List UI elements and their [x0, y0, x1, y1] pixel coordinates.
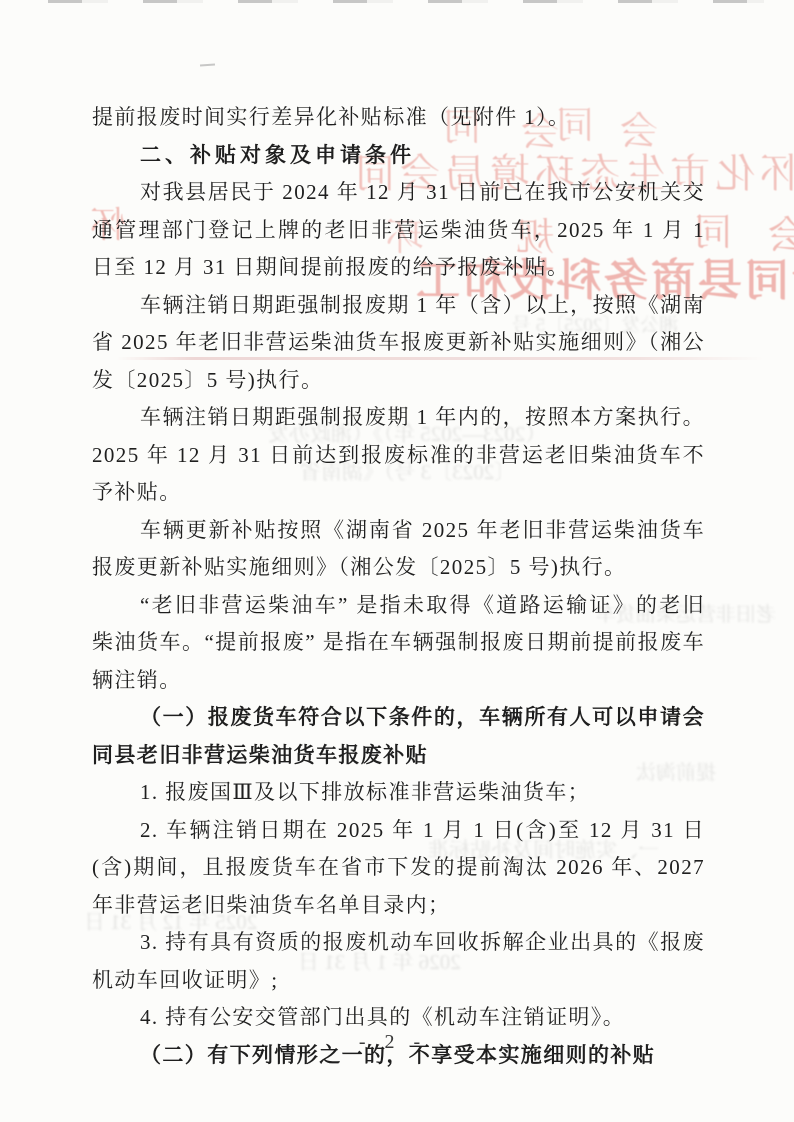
- page-number: - 2 -: [0, 1031, 786, 1054]
- paragraph: 车辆注销日期距强制报废期 1 年（含）以上，按照《湖南省 2025 年老旧非营运…: [92, 287, 705, 400]
- list-item-2: 2. 车辆注销日期在 2025 年 1 月 1 日(含)至 12 月 31 日(…: [92, 812, 705, 925]
- section-heading: 二、补贴对象及申请条件: [92, 137, 705, 175]
- paragraph: 车辆更新补贴按照《湖南省 2025 年老旧非营运柴油货车报废更新补贴实施细则》（…: [92, 512, 705, 587]
- scan-artifact-top-edge: [48, 0, 764, 3]
- paragraph: 车辆注销日期距强制报废期 1 年内的，按照本方案执行。2025 年 12 月 3…: [92, 399, 705, 512]
- bleedthrough-red-char: 会: [768, 204, 794, 259]
- subsection-heading-1: （一）报废货车符合以下条件的，车辆所有人可以申请会同县老旧非营运柴油货车报废补贴: [92, 699, 705, 774]
- scanned-document-page: 同 会 同 会 怀 环 规 同 会 怀化市生态环境局会同 会同县商务科技和工 湘…: [0, 0, 794, 1122]
- list-item-3: 3. 持有具有资质的报废机动车回收拆解企业出具的《报废机动车回收证明》;: [92, 924, 705, 999]
- scan-artifact-dash: [200, 63, 215, 66]
- paragraph-continuation: 提前报废时间实行差异化补贴标准（见附件 1）。: [92, 99, 705, 137]
- paragraph: 对我县居民于 2024 年 12 月 31 日前已在我市公安机关交通管理部门登记…: [92, 174, 705, 287]
- list-item-1: 1. 报废国Ⅲ及以下排放标准非营运柴油货车；: [92, 774, 705, 812]
- paragraph: “老旧非营运柴油车” 是指未取得《道路运输证》的老旧柴油货车。“提前报废” 是指…: [92, 587, 705, 700]
- document-body: 提前报废时间实行差异化补贴标准（见附件 1）。 二、补贴对象及申请条件 对我县居…: [92, 99, 705, 1074]
